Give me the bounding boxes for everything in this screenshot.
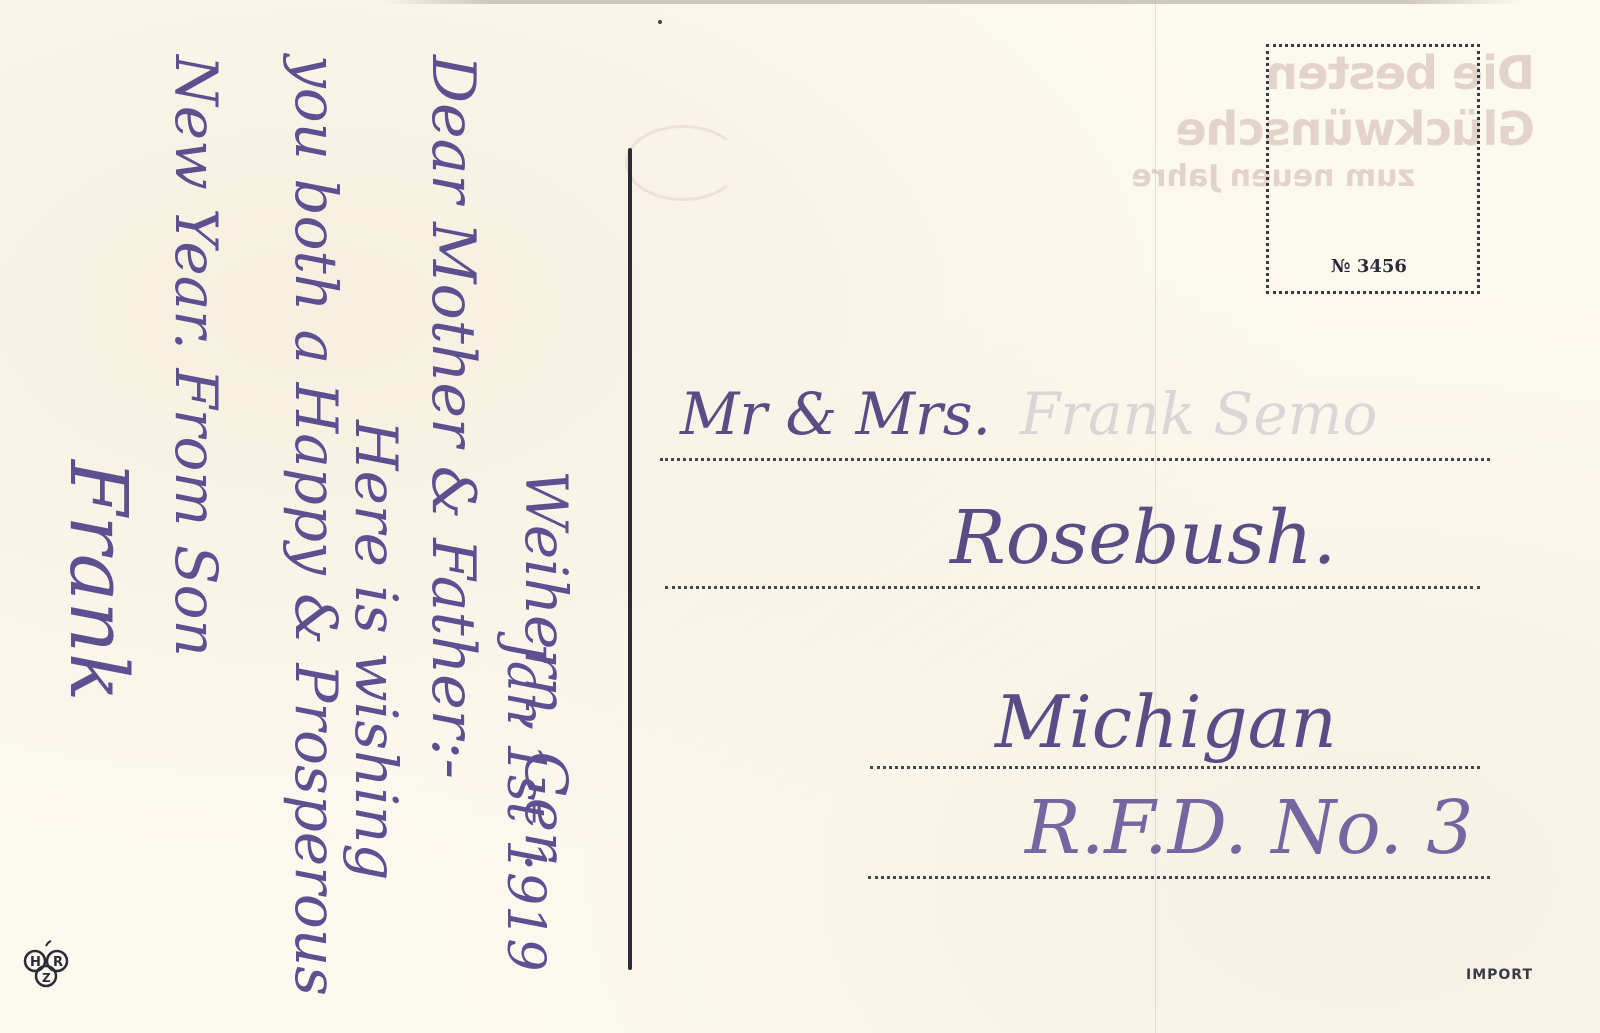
stamp-box-number: № 3456 — [1331, 256, 1407, 277]
message-signature: Frank — [52, 460, 145, 701]
address-recipient: Mr & Mrs. — [680, 380, 991, 448]
stamp-box: № 3456 — [1266, 44, 1480, 294]
message-date: Jan 1st 1919 — [495, 640, 555, 971]
address-state: Michigan — [995, 680, 1337, 764]
center-divider-line — [628, 148, 632, 970]
embossed-flourish — [625, 125, 741, 201]
import-label: IMPORT — [1466, 967, 1533, 983]
postcard-back: Die besten Glückwünsche zum neuen Jahre … — [0, 0, 1600, 1033]
message-line-2: Here is wishing — [342, 420, 410, 881]
svg-text:Z: Z — [42, 971, 51, 985]
publisher-logo-icon: H R Z — [20, 940, 72, 990]
address-route: R.F.D. No. 3 — [1025, 785, 1473, 871]
message-line-1: Dear Mother & Father:- — [418, 55, 488, 779]
card-top-edge — [380, 0, 1520, 4]
address-line-2 — [665, 586, 1480, 589]
message-line-3: you both a Happy & Prosperous — [282, 55, 350, 996]
address-line-1 — [660, 458, 1490, 461]
svg-text:H: H — [30, 955, 41, 970]
ink-speck — [658, 20, 662, 24]
address-city: Rosebush. — [950, 495, 1336, 581]
svg-text:R: R — [53, 955, 63, 970]
message-line-4: New Year. From Son — [162, 55, 230, 657]
address-line-4 — [868, 876, 1490, 879]
address-recipient-faint: Frank Semo — [1020, 380, 1377, 448]
address-line-3 — [870, 766, 1480, 769]
